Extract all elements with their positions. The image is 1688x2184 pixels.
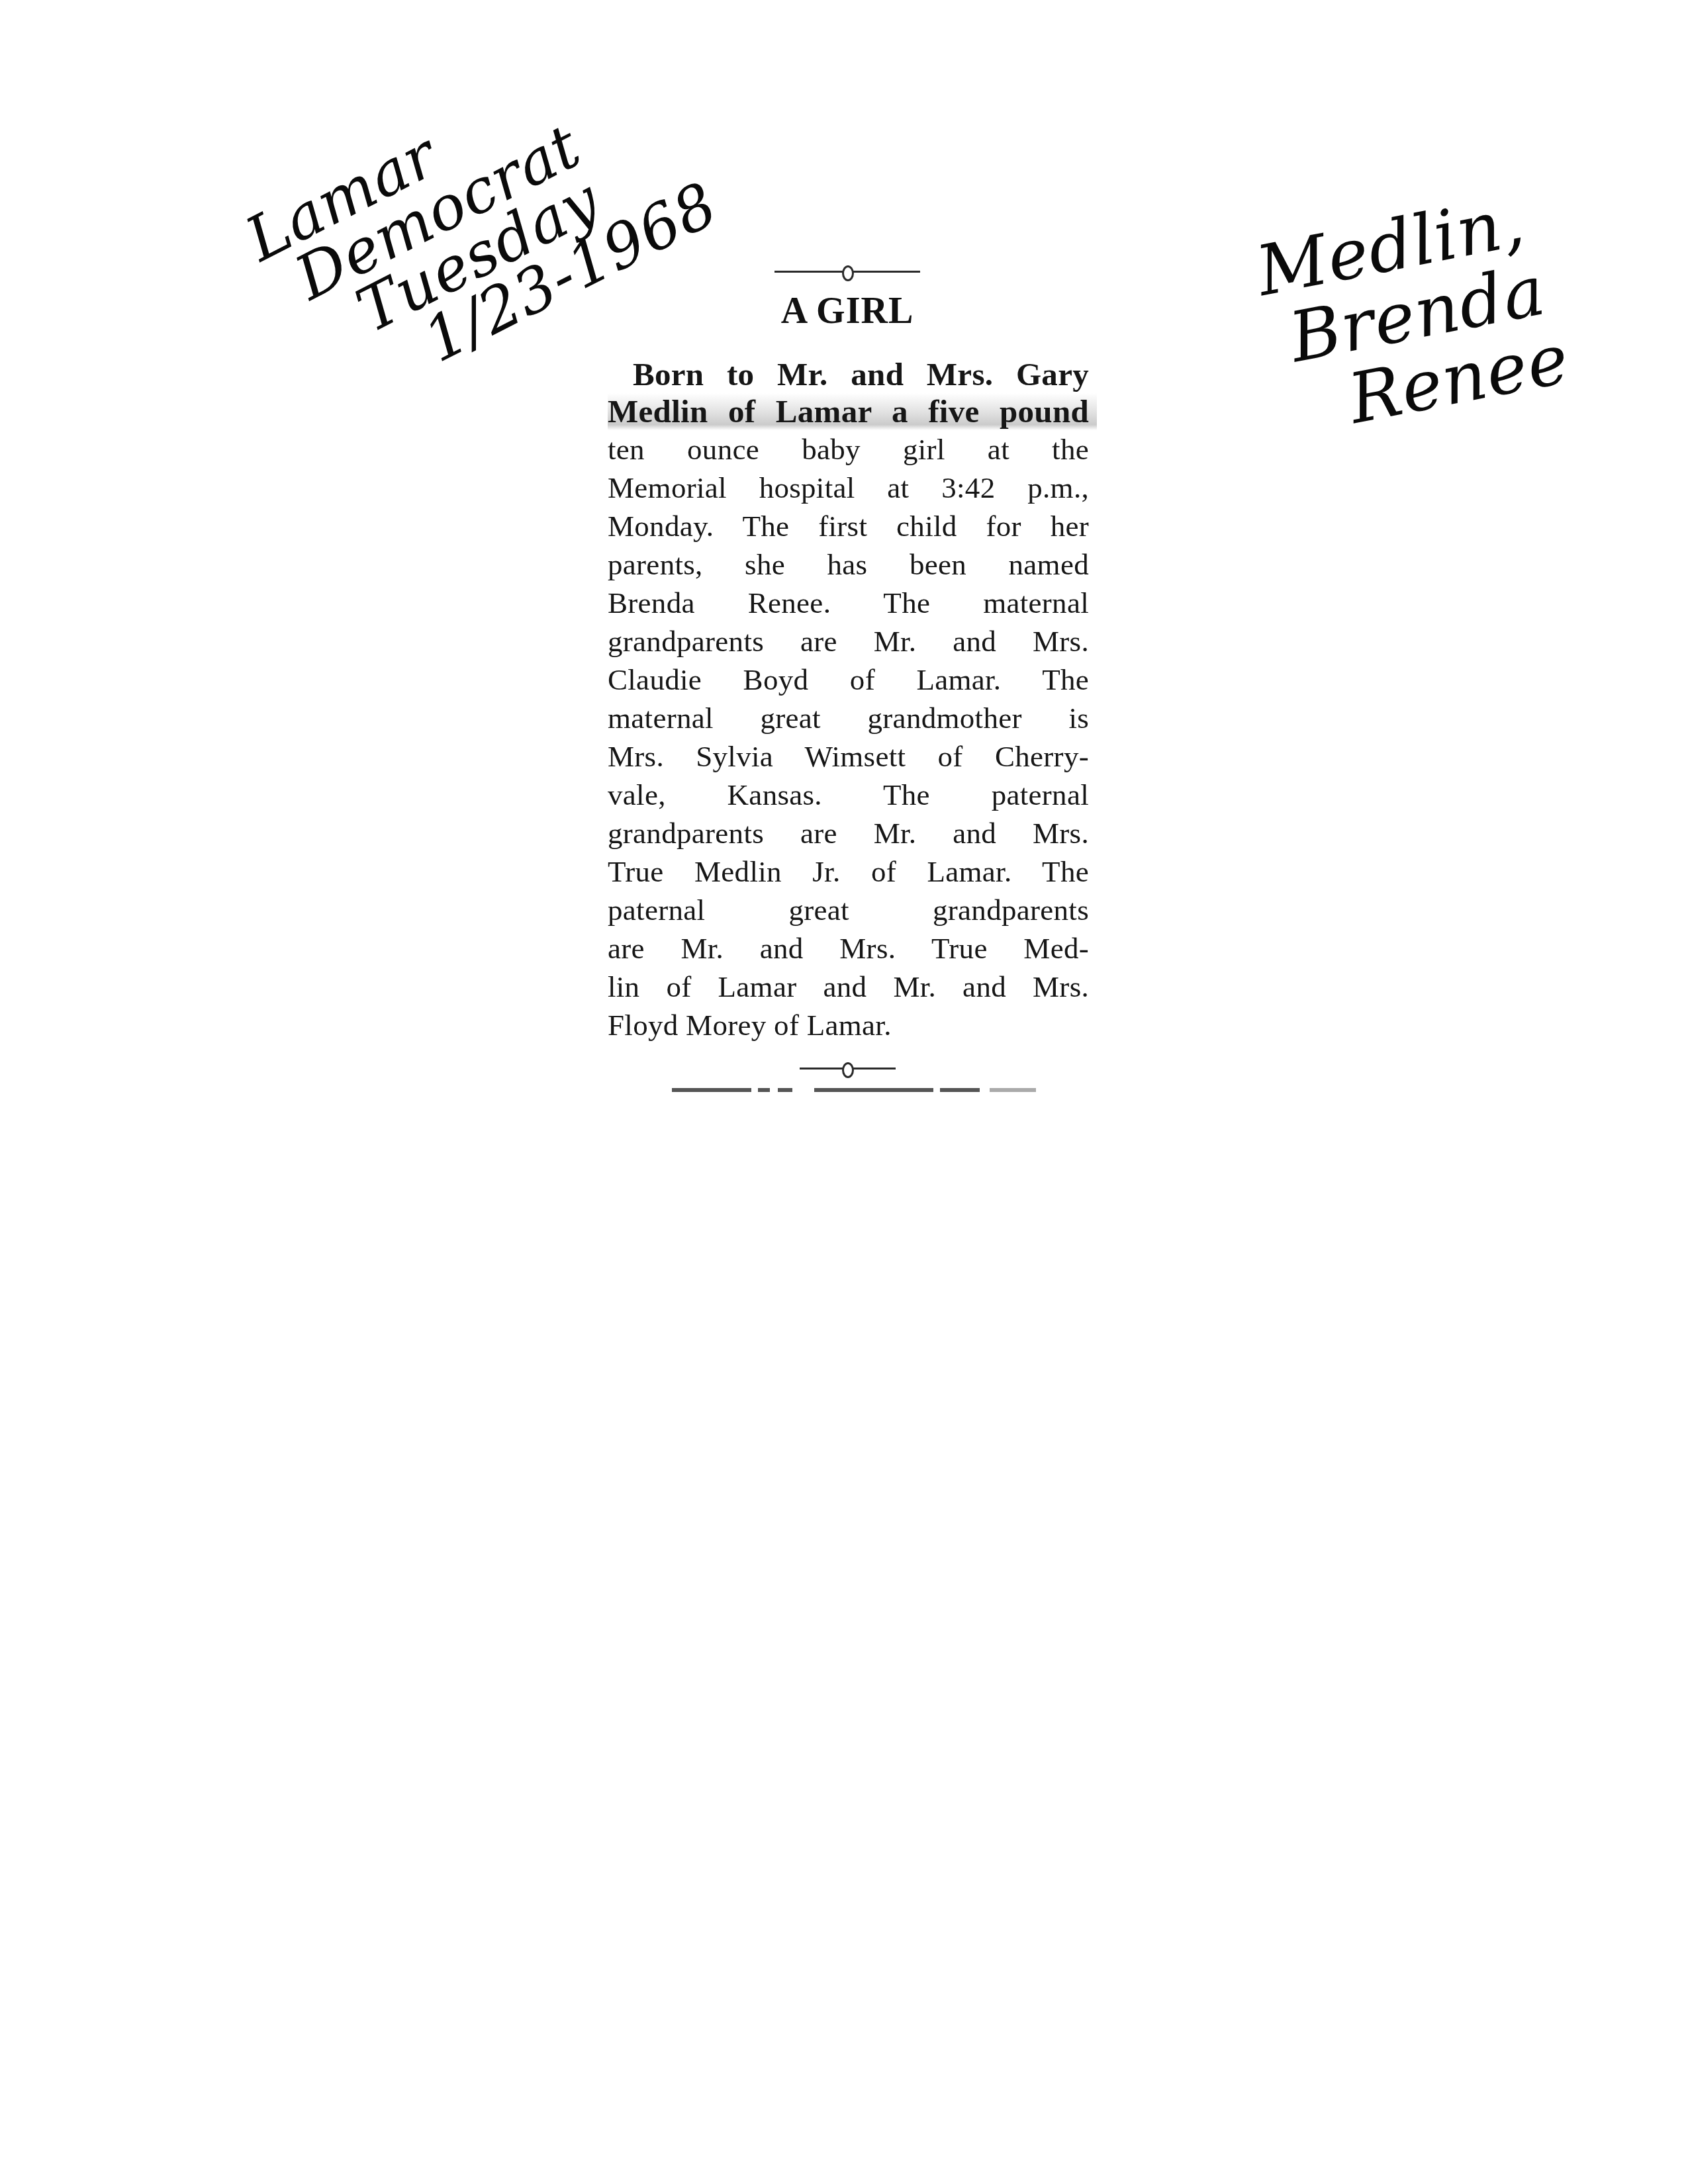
body-line: Born to Mr. and Mrs. Gary: [608, 356, 1089, 393]
divider-circle-ornament: [842, 1062, 854, 1078]
handwritten-name-note: Medlin, Brenda Renee: [1244, 182, 1575, 449]
newspaper-clipping: A GIRL Born to Mr. and Mrs. Gary Medlin …: [599, 251, 1096, 1093]
body-line: grandparents are Mr. and Mrs.: [608, 622, 1089, 660]
top-ornament-divider: [774, 265, 920, 278]
body-line: ten ounce baby girl at the: [608, 430, 1089, 469]
body-line: lin of Lamar and Mr. and Mrs.: [608, 968, 1089, 1006]
birth-announcement-body: Born to Mr. and Mrs. Gary Medlin of Lama…: [599, 356, 1096, 1044]
body-line: Floyd Morey of Lamar.: [608, 1006, 1089, 1044]
body-line: vale, Kansas. The paternal: [608, 776, 1089, 814]
body-line: paternal great grandparents: [608, 891, 1089, 929]
body-line: Memorial hospital at 3:42 p.m.,: [608, 469, 1089, 507]
bottom-ornament-divider: [800, 1062, 896, 1075]
clipping-headline: A GIRL: [599, 290, 1096, 332]
body-line: Medlin of Lamar a five pound: [608, 393, 1097, 430]
body-line: Claudie Boyd of Lamar. The: [608, 660, 1089, 699]
cut-off-next-headline: [672, 1088, 1043, 1093]
body-line: parents, she has been named: [608, 545, 1089, 584]
divider-circle-ornament: [842, 265, 854, 281]
body-line: are Mr. and Mrs. True Med-: [608, 929, 1089, 968]
body-line: maternal great grandmother is: [608, 699, 1089, 737]
body-line: Brenda Renee. The maternal: [608, 584, 1089, 622]
scanned-page: Lamar Democrat Tuesday 1/23-1968 Medlin,…: [0, 0, 1688, 2184]
body-line: grandparents are Mr. and Mrs.: [608, 814, 1089, 852]
body-line: Monday. The first child for her: [608, 507, 1089, 545]
body-line: Mrs. Sylvia Wimsett of Cherry-: [608, 737, 1089, 776]
body-line: True Medlin Jr. of Lamar. The: [608, 852, 1089, 891]
